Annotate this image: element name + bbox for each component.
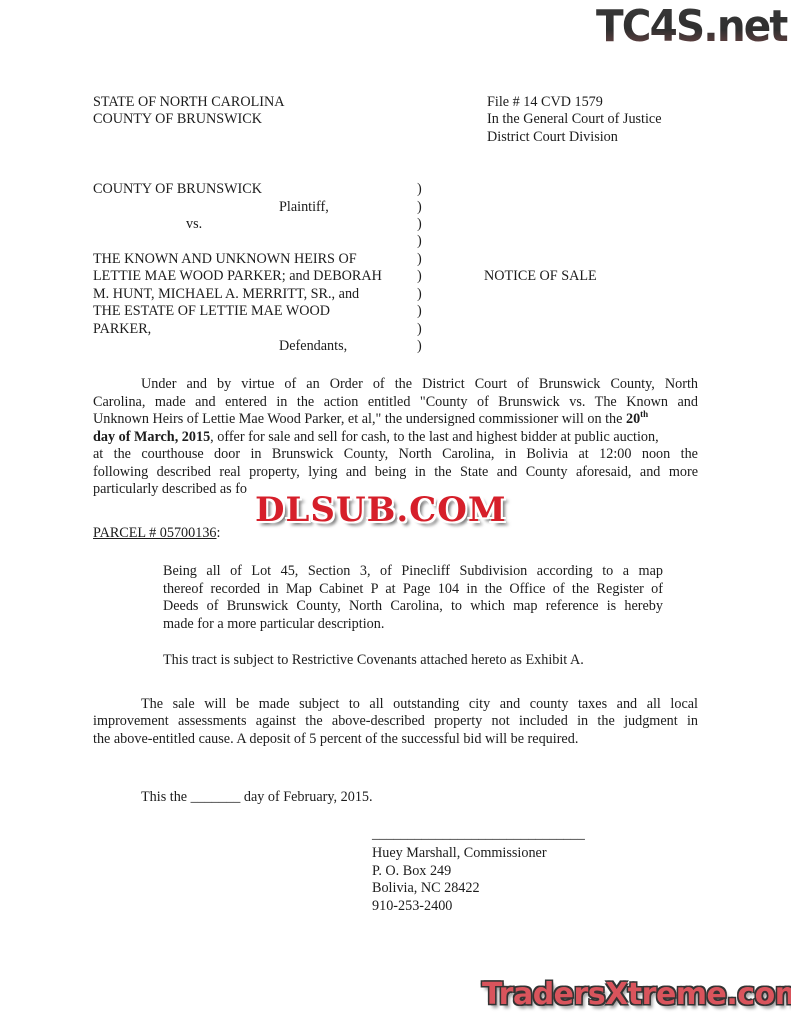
dated-line: This the _______ day of February, 2015. bbox=[141, 789, 373, 807]
body-line: Unknown Heirs of Lettie Mae Wood Parker,… bbox=[93, 411, 698, 429]
parcel-heading: PARCEL # 05700136: bbox=[93, 525, 220, 543]
court-name: In the General Court of Justice bbox=[487, 111, 662, 129]
body-line: day of March, 2015, offer for sale and s… bbox=[93, 429, 659, 447]
signer-phone: 910-253-2400 bbox=[372, 898, 452, 916]
defendants-label: Defendants, bbox=[279, 338, 347, 356]
terms-line: improvement assessments against the abov… bbox=[93, 713, 698, 731]
sale-day: 20th bbox=[626, 411, 648, 427]
document-page: TC4S.net STATE OF NORTH CAROLINA COUNTY … bbox=[0, 0, 791, 1024]
plaintiff-name: COUNTY OF BRUNSWICK bbox=[93, 181, 262, 199]
body-line: following described real property, lying… bbox=[93, 464, 698, 482]
court-division: District Court Division bbox=[487, 129, 618, 147]
description-line: Being all of Lot 45, Section 3, of Pinec… bbox=[163, 563, 663, 581]
county-heading: COUNTY OF BRUNSWICK bbox=[93, 111, 262, 129]
description-line: Deeds of Brunswick County, North Carolin… bbox=[163, 598, 663, 616]
defendant-line: M. HUNT, MICHAEL A. MERRITT, SR., and bbox=[93, 286, 359, 304]
defendant-line: LETTIE MAE WOOD PARKER; and DEBORAH bbox=[93, 268, 382, 286]
plaintiff-label: Plaintiff, bbox=[279, 199, 329, 217]
state-heading: STATE OF NORTH CAROLINA bbox=[93, 94, 285, 112]
body-line: Under and by virtue of an Order of the D… bbox=[141, 376, 698, 394]
watermark-dlsub: DLSUB.COM bbox=[255, 491, 533, 529]
defendant-line: THE KNOWN AND UNKNOWN HEIRS OF bbox=[93, 251, 357, 269]
description-line: made for a more particular description. bbox=[163, 616, 384, 634]
document-title: NOTICE OF SALE bbox=[484, 268, 597, 286]
defendant-line: THE ESTATE OF LETTIE MAE WOOD bbox=[93, 303, 330, 321]
file-number: File # 14 CVD 1579 bbox=[487, 94, 603, 112]
signer-address-line1: P. O. Box 249 bbox=[372, 863, 451, 881]
signature-line: ______________________________ bbox=[372, 826, 585, 844]
body-line: Carolina, made and entered in the action… bbox=[93, 394, 698, 412]
defendant-line: PARKER, bbox=[93, 321, 151, 339]
body-line: at the courthouse door in Brunswick Coun… bbox=[93, 446, 698, 464]
terms-line: the above-entitled cause. A deposit of 5… bbox=[93, 731, 578, 749]
versus-label: vs. bbox=[186, 216, 202, 234]
watermark-tc4s: TC4S.net bbox=[596, 2, 787, 52]
signer-address-line2: Bolivia, NC 28422 bbox=[372, 880, 480, 898]
signer-name: Huey Marshall, Commissioner bbox=[372, 845, 547, 863]
watermark-tradersxtreme: TradersXtreme.com bbox=[482, 977, 791, 1013]
description-line: thereof recorded in Map Cabinet P at Pag… bbox=[163, 581, 663, 599]
sale-date: day of March, 2015 bbox=[93, 429, 210, 445]
body-line: particularly described as fo bbox=[93, 481, 247, 499]
terms-line: The sale will be made subject to all out… bbox=[141, 696, 698, 714]
covenants-note: This tract is subject to Restrictive Cov… bbox=[163, 652, 584, 670]
